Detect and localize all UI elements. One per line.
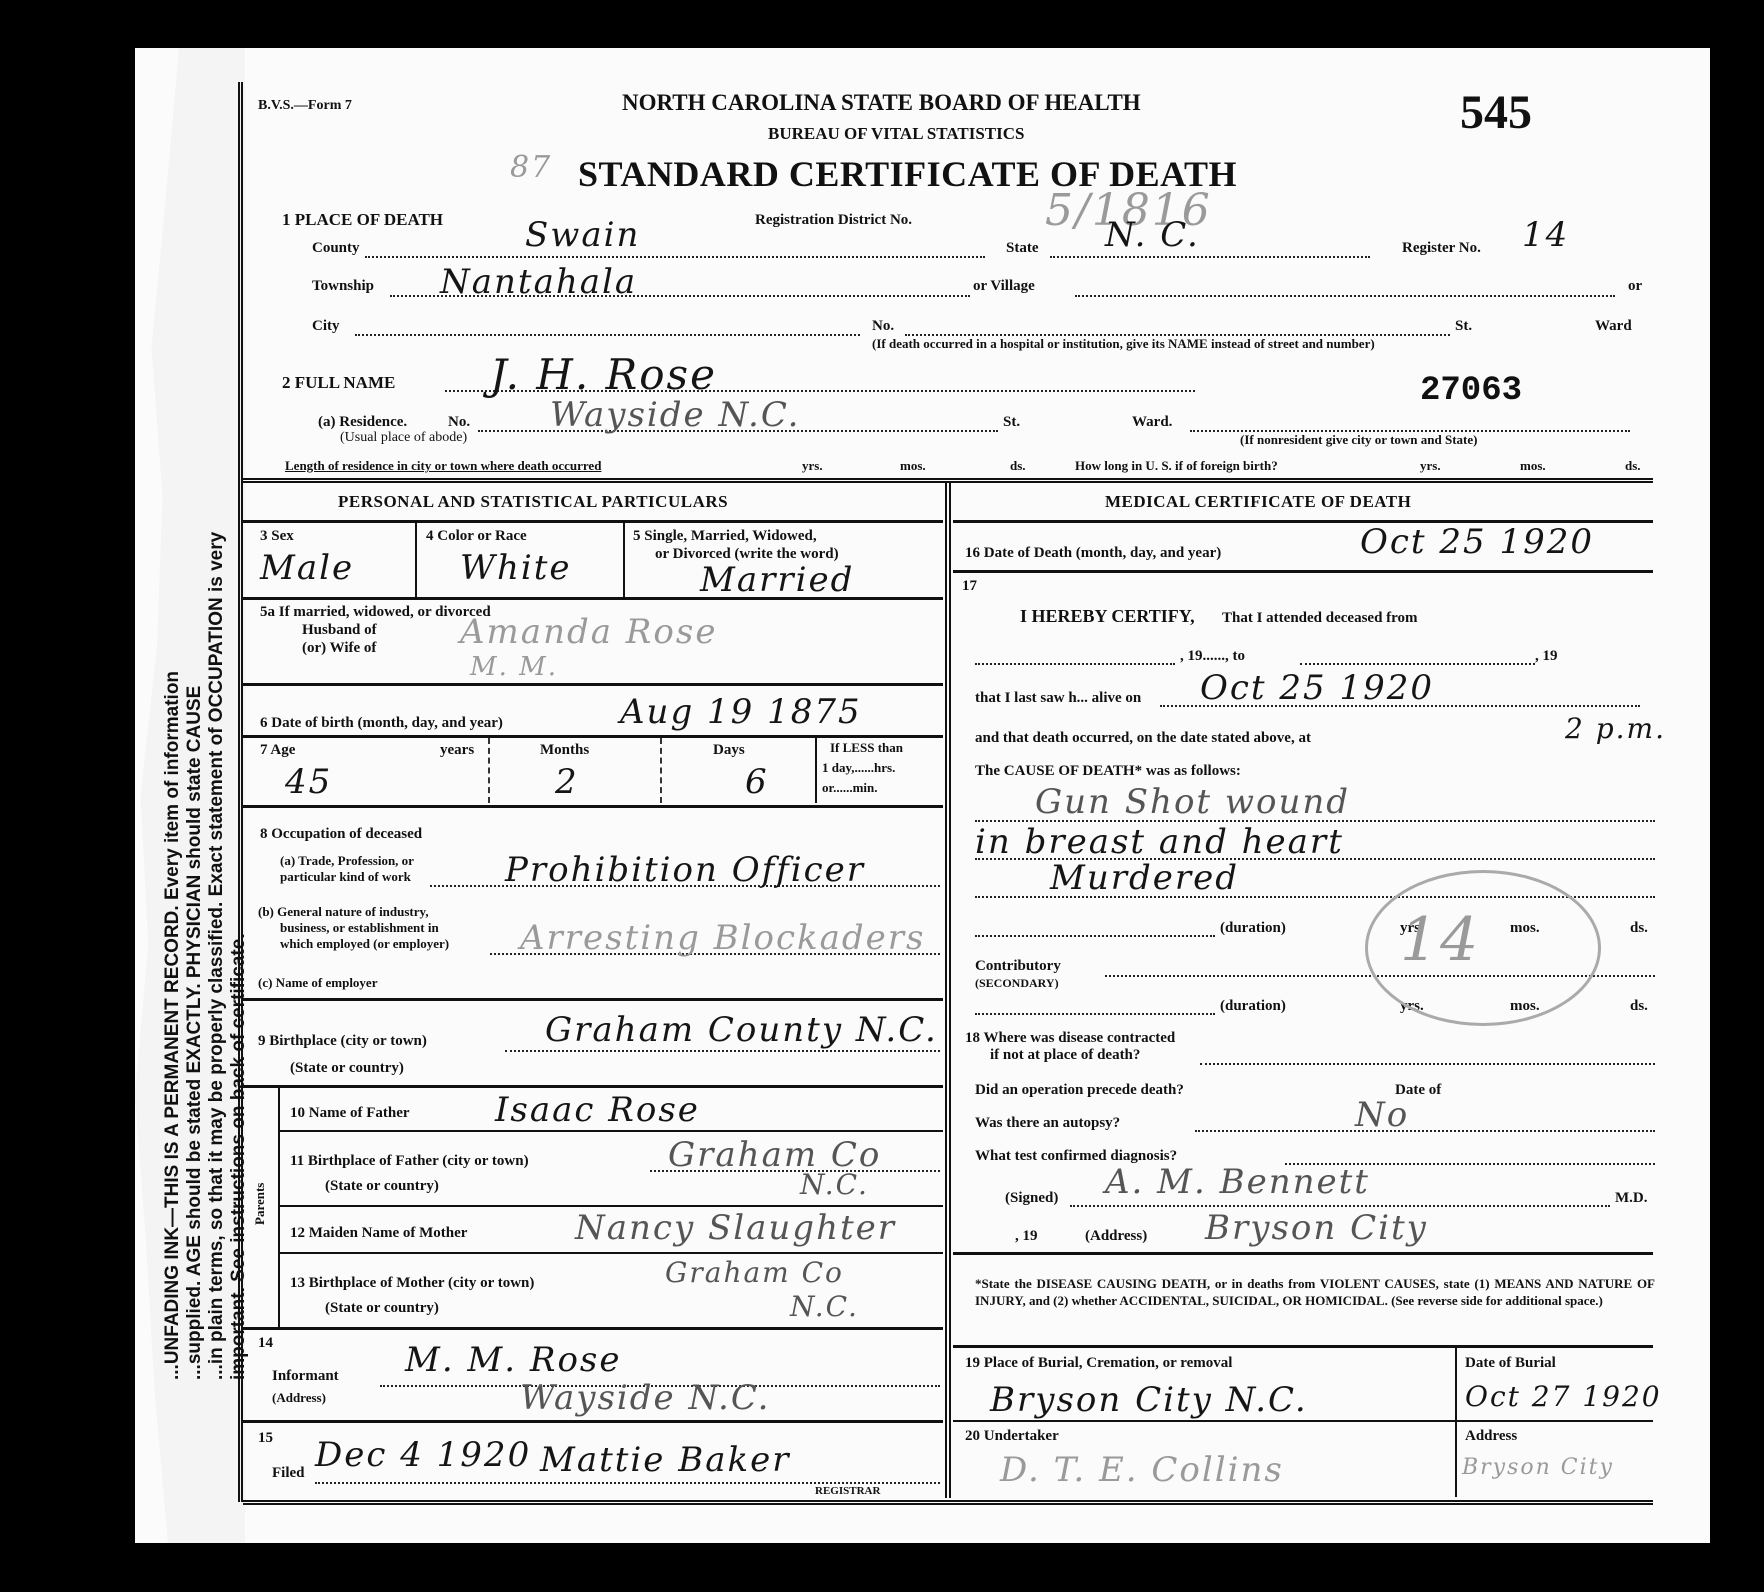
certify-lead: I HEREBY CERTIFY, [1020, 606, 1195, 627]
duration-label: (duration) [1220, 920, 1286, 937]
years-label: years [440, 742, 474, 759]
spouse-label-2: Husband of [302, 622, 377, 639]
contracted-label-2: if not at place of death? [990, 1047, 1140, 1064]
side-instruction-line: ...in plain terms, so that it may be pro… [206, 532, 228, 1380]
marital-label: 5 Single, Married, Widowed, [633, 528, 817, 545]
stamp-mark: 14 [1400, 905, 1480, 975]
industry-label-2: business, or establishment in [280, 920, 439, 936]
county-value: Swain [525, 215, 640, 255]
days-label: Days [713, 742, 745, 759]
nonresident-note: (If nonresident give city or town and St… [1240, 432, 1478, 448]
cause-line-1: Gun Shot wound [1035, 782, 1350, 822]
register-no-label: Register No. [1402, 240, 1481, 257]
industry-value: Arresting Blockaders [520, 918, 925, 958]
ward-label: Ward [1595, 318, 1632, 335]
occupation-value: Prohibition Officer [505, 850, 865, 890]
burial-date-label: Date of Burial [1465, 1355, 1556, 1372]
industry-label-3: which employed (or employer) [280, 936, 449, 952]
filed-number: 15 [258, 1430, 273, 1447]
or-label: or [1628, 278, 1642, 295]
state-value: N. C. [1105, 215, 1200, 255]
father-label: 10 Name of Father [290, 1105, 410, 1122]
undertaker-address-value: Bryson City [1462, 1455, 1614, 1480]
race-label: 4 Color or Race [426, 528, 527, 545]
from-year-label: , 19......, to [1180, 648, 1245, 665]
residence-sub: (Usual place of abode) [340, 430, 467, 446]
state-label: State [1006, 240, 1039, 257]
age-label: 7 Age [260, 742, 295, 759]
death-time-label: and that death occurred, on the date sta… [975, 730, 1311, 747]
cause-footnote: *State the DISEASE CAUSING DEATH, or in … [975, 1275, 1655, 1309]
last-saw-value: Oct 25 1920 [1200, 668, 1434, 708]
cause-line-2: in breast and heart [975, 822, 1344, 862]
autopsy-value: No [1355, 1095, 1409, 1135]
ds-label: ds. [1010, 458, 1026, 474]
filed-label: Filed [272, 1465, 305, 1482]
autopsy-label: Was there an autopsy? [975, 1115, 1120, 1132]
undertaker-label: 20 Undertaker [965, 1428, 1059, 1445]
operation-label: Did an operation precede death? [975, 1082, 1184, 1099]
spouse-value: Amanda Rose [460, 612, 717, 652]
burial-date-value: Oct 27 1920 [1465, 1380, 1662, 1413]
duration-label: (duration) [1220, 998, 1286, 1015]
less-than-label: If LESS than [830, 740, 903, 756]
county-label: County [312, 240, 360, 257]
no-label: No. [872, 318, 894, 335]
side-instruction-line: ...UNFADING INK—THIS IS A PERMANENT RECO… [162, 671, 184, 1380]
ds-label: ds. [1630, 920, 1648, 937]
full-name-value: J. H. Rose [490, 350, 717, 399]
mother-birthplace-sub: (State or country) [325, 1300, 439, 1317]
father-birthplace-sub: (State or country) [325, 1178, 439, 1195]
physician-address-label: (Address) [1085, 1228, 1147, 1245]
spouse-label-3: (or) Wife of [302, 640, 376, 657]
trade-label-2: particular kind of work [280, 869, 411, 885]
item-17-label: 17 [962, 578, 977, 595]
cause-line-3: Murdered [1050, 858, 1239, 898]
informant-address-value: Wayside N.C. [520, 1378, 770, 1418]
page-number: 545 [1460, 85, 1532, 140]
contributory-label: Contributory [975, 958, 1061, 975]
year-label: , 19 [1015, 1228, 1038, 1245]
ds-label: ds. [1625, 458, 1641, 474]
age-months-value: 2 [555, 762, 579, 802]
minutes-label: or......min. [822, 780, 878, 796]
medical-section-title: MEDICAL CERTIFICATE OF DEATH [1105, 492, 1411, 512]
informant-address-label: (Address) [272, 1390, 326, 1406]
to-year-label: , 19 [1535, 648, 1558, 665]
mother-birthplace-state: N.C. [790, 1290, 859, 1323]
birthplace-label: 9 Birthplace (city or town) [258, 1033, 427, 1050]
birthplace-sub: (State or country) [290, 1060, 404, 1077]
township-label: Township [312, 278, 374, 295]
months-label: Months [540, 742, 589, 759]
mother-value: Nancy Slaughter [575, 1208, 896, 1248]
employer-label: (c) Name of employer [258, 975, 377, 991]
sex-label: 3 Sex [260, 528, 294, 545]
sex-value: Male [260, 548, 354, 588]
dob-label: 6 Date of birth (month, day, and year) [260, 715, 503, 732]
register-no-value: 14 [1522, 215, 1569, 255]
mos-label: mos. [1520, 458, 1546, 474]
village-label: or Village [973, 278, 1035, 295]
spouse-note: M. M. [470, 652, 558, 682]
spouse-label: 5a If married, widowed, or divorced [260, 604, 491, 621]
mother-birthplace-label: 13 Birthplace of Mother (city or town) [290, 1275, 534, 1292]
marital-value: Married [700, 560, 854, 600]
mother-label: 12 Maiden Name of Mother [290, 1225, 467, 1242]
signed-label: (Signed) [1005, 1190, 1058, 1207]
secondary-label: (SECONDARY) [975, 976, 1059, 991]
father-birthplace-label: 11 Birthplace of Father (city or town) [290, 1153, 529, 1170]
residence-st-label: St. [1003, 414, 1020, 431]
age-days-value: 6 [745, 762, 769, 802]
bureau-title: BUREAU OF VITAL STATISTICS [768, 124, 1025, 144]
dob-value: Aug 19 1875 [620, 692, 862, 732]
birthplace-value: Graham County N.C. [545, 1010, 938, 1050]
death-date-value: Oct 25 1920 [1360, 522, 1594, 562]
registrar-label: REGISTRAR [815, 1485, 880, 1497]
last-saw-label: that I last saw h... alive on [975, 690, 1141, 707]
residence-value: Wayside N.C. [550, 395, 800, 435]
informant-label: Informant [272, 1368, 339, 1385]
residence-no-label: No. [448, 414, 470, 431]
personal-section-title: PERSONAL AND STATISTICAL PARTICULARS [338, 492, 728, 512]
place-of-death-label: 1 PLACE OF DEATH [282, 210, 443, 230]
cause-label: The CAUSE OF DEATH* was as follows: [975, 763, 1241, 780]
filed-date-value: Dec 4 1920 [315, 1435, 531, 1475]
side-instruction-line: ...supplied. AGE should be stated EXACTL… [184, 686, 206, 1380]
mos-label: mos. [900, 458, 926, 474]
death-time-value: 2 p.m. [1565, 712, 1666, 745]
city-label: City [312, 318, 340, 335]
father-value: Isaac Rose [495, 1090, 700, 1130]
age-years-value: 45 [285, 762, 332, 802]
foreign-birth-label: How long in U. S. if of foreign birth? [1075, 458, 1278, 474]
pencil-note: 87 [510, 150, 552, 185]
race-value: White [460, 548, 572, 588]
parents-label: Parents [252, 1183, 268, 1225]
form-id: B.V.S.—Form 7 [258, 98, 352, 114]
ds-label: ds. [1630, 998, 1648, 1015]
mother-birthplace-value: Graham Co [665, 1256, 844, 1289]
undertaker-value: D. T. E. Collins [1000, 1450, 1284, 1490]
yrs-label: yrs. [1420, 458, 1441, 474]
trade-label: (a) Trade, Profession, or [280, 853, 414, 869]
industry-label: (b) General nature of industry, [258, 904, 429, 920]
full-name-label: 2 FULL NAME [282, 373, 395, 393]
certify-text: That I attended deceased from [1222, 610, 1418, 627]
contracted-label: 18 Where was disease contracted [965, 1030, 1175, 1047]
registrar-value: Mattie Baker [540, 1440, 790, 1480]
yrs-label: yrs. [802, 458, 823, 474]
registration-district-label: Registration District No. [755, 212, 912, 229]
physician-signature: A. M. Bennett [1105, 1162, 1370, 1202]
burial-place-value: Bryson City N.C. [990, 1380, 1308, 1420]
undertaker-address-label: Address [1465, 1428, 1517, 1445]
physician-address-value: Bryson City [1205, 1208, 1428, 1248]
township-value: Nantahala [440, 262, 637, 302]
burial-label: 19 Place of Burial, Cremation, or remova… [965, 1355, 1232, 1372]
occupation-label: 8 Occupation of deceased [260, 826, 422, 843]
father-birthplace-state: N.C. [800, 1168, 869, 1201]
hospital-note: (If death occurred in a hospital or inst… [872, 336, 1375, 352]
informant-value: M. M. Rose [405, 1340, 622, 1380]
hours-label: 1 day,......hrs. [822, 760, 895, 776]
residence-label: (a) Residence. [318, 414, 407, 431]
stamp-number: 27063 [1420, 372, 1522, 410]
length-residence-label: Length of residence in city or town wher… [285, 458, 601, 474]
board-title: NORTH CAROLINA STATE BOARD OF HEALTH [622, 90, 1141, 116]
informant-number: 14 [258, 1335, 273, 1352]
residence-ward-label: Ward. [1132, 414, 1172, 431]
death-date-label: 16 Date of Death (month, day, and year) [965, 545, 1221, 562]
md-label: M.D. [1615, 1190, 1648, 1207]
st-label: St. [1455, 318, 1472, 335]
